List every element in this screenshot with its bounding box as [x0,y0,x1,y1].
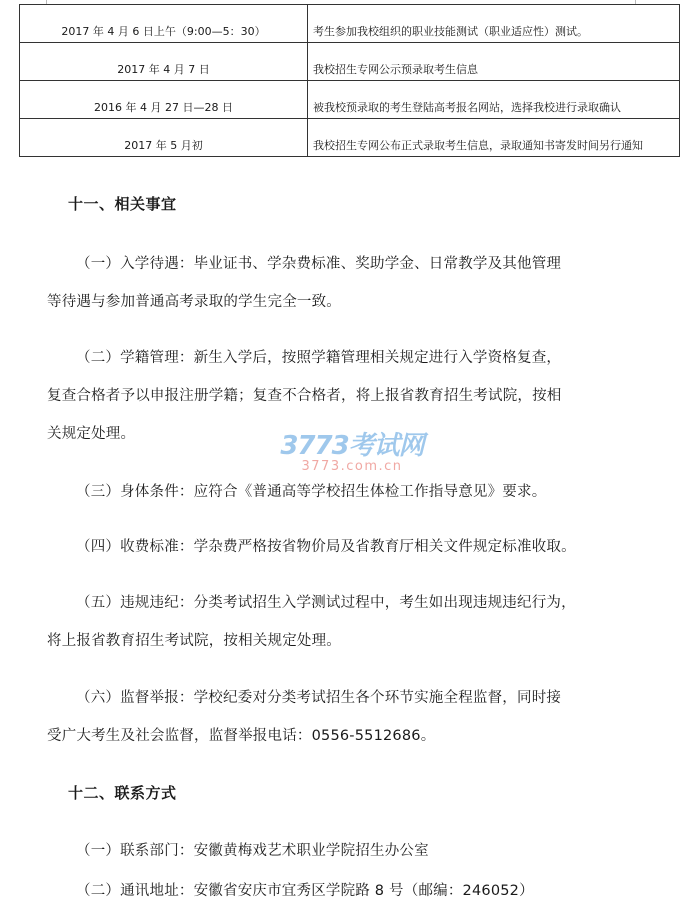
schedule-event: 考生参加我校组织的职业技能测试（职业适应性）测试。 [308,5,680,43]
paragraph-violations: （五）违规违纪：分类考试招生入学测试过程中，考生如出现违规违纪行为， [76,591,576,612]
paragraph-admission-treatment: （一）入学待遇：毕业证书、学杂费标准、奖助学金、日常教学及其他管理 [76,252,561,273]
paragraph-mailing-address: （二）通讯地址：安徽省安庆市宜秀区学院路 8 号（邮编：246052） [76,879,534,900]
watermark-logo: 3773考试网 [272,432,432,460]
schedule-date: 2017 年 4 月 7 日 [20,43,308,81]
table-row: 2017 年 4 月 7 日 我校招生专网公示预录取考生信息 [20,43,680,81]
paragraph-student-status: 关规定处理。 [47,422,135,443]
table-row: 2016 年 4 月 27 日—28 日 被我校预录取的考生登陆高考报名网站，选… [20,81,680,119]
paragraph-violations: 将上报省教育招生考试院，按相关规定处理。 [47,629,341,650]
paragraph-supervision: （六）监督举报：学校纪委对分类考试招生各个环节实施全程监督，同时接 [76,686,561,707]
schedule-event: 我校招生专网公示预录取考生信息 [308,43,680,81]
paragraph-contact-department: （一）联系部门：安徽黄梅戏艺术职业学院招生办公室 [76,839,429,860]
schedule-date: 2017 年 5 月初 [20,119,308,157]
table-row: 2017 年 5 月初 我校招生专网公布正式录取考生信息，录取通知书寄发时间另行… [20,119,680,157]
schedule-date: 2016 年 4 月 27 日—28 日 [20,81,308,119]
table-row: 2017 年 4 月 6 日上午（9:00—5：30） 考生参加我校组织的职业技… [20,5,680,43]
schedule-event: 我校招生专网公布正式录取考生信息，录取通知书寄发时间另行通知 [308,119,680,157]
schedule-date: 2017 年 4 月 6 日上午（9:00—5：30） [20,5,308,43]
paragraph-student-status: （二）学籍管理：新生入学后，按照学籍管理相关规定进行入学资格复查， [76,346,561,367]
schedule-table: 2017 年 4 月 6 日上午（9:00—5：30） 考生参加我校组织的职业技… [19,4,680,157]
watermark-url: 3773.com.cn [272,460,432,474]
section-heading-related-matters: 十一、相关事宜 [68,193,177,214]
paragraph-admission-treatment: 等待遇与参加普通高考录取的学生完全一致。 [47,290,341,311]
section-heading-contact: 十二、联系方式 [68,782,177,803]
paragraph-supervision: 受广大考生及社会监督，监督举报电话：0556-5512686。 [47,724,435,745]
paragraph-physical-condition: （三）身体条件：应符合《普通高等学校招生体检工作指导意见》要求。 [76,480,546,501]
paragraph-student-status: 复查合格者予以申报注册学籍；复查不合格者，将上报省教育招生考试院，按相 [47,384,562,405]
schedule-event: 被我校预录取的考生登陆高考报名网站，选择我校进行录取确认 [308,81,680,119]
paragraph-fee-standard: （四）收费标准：学杂费严格按省物价局及省教育厅相关文件规定标准收取。 [76,535,576,556]
watermark: 3773考试网 3773.com.cn [272,432,432,474]
